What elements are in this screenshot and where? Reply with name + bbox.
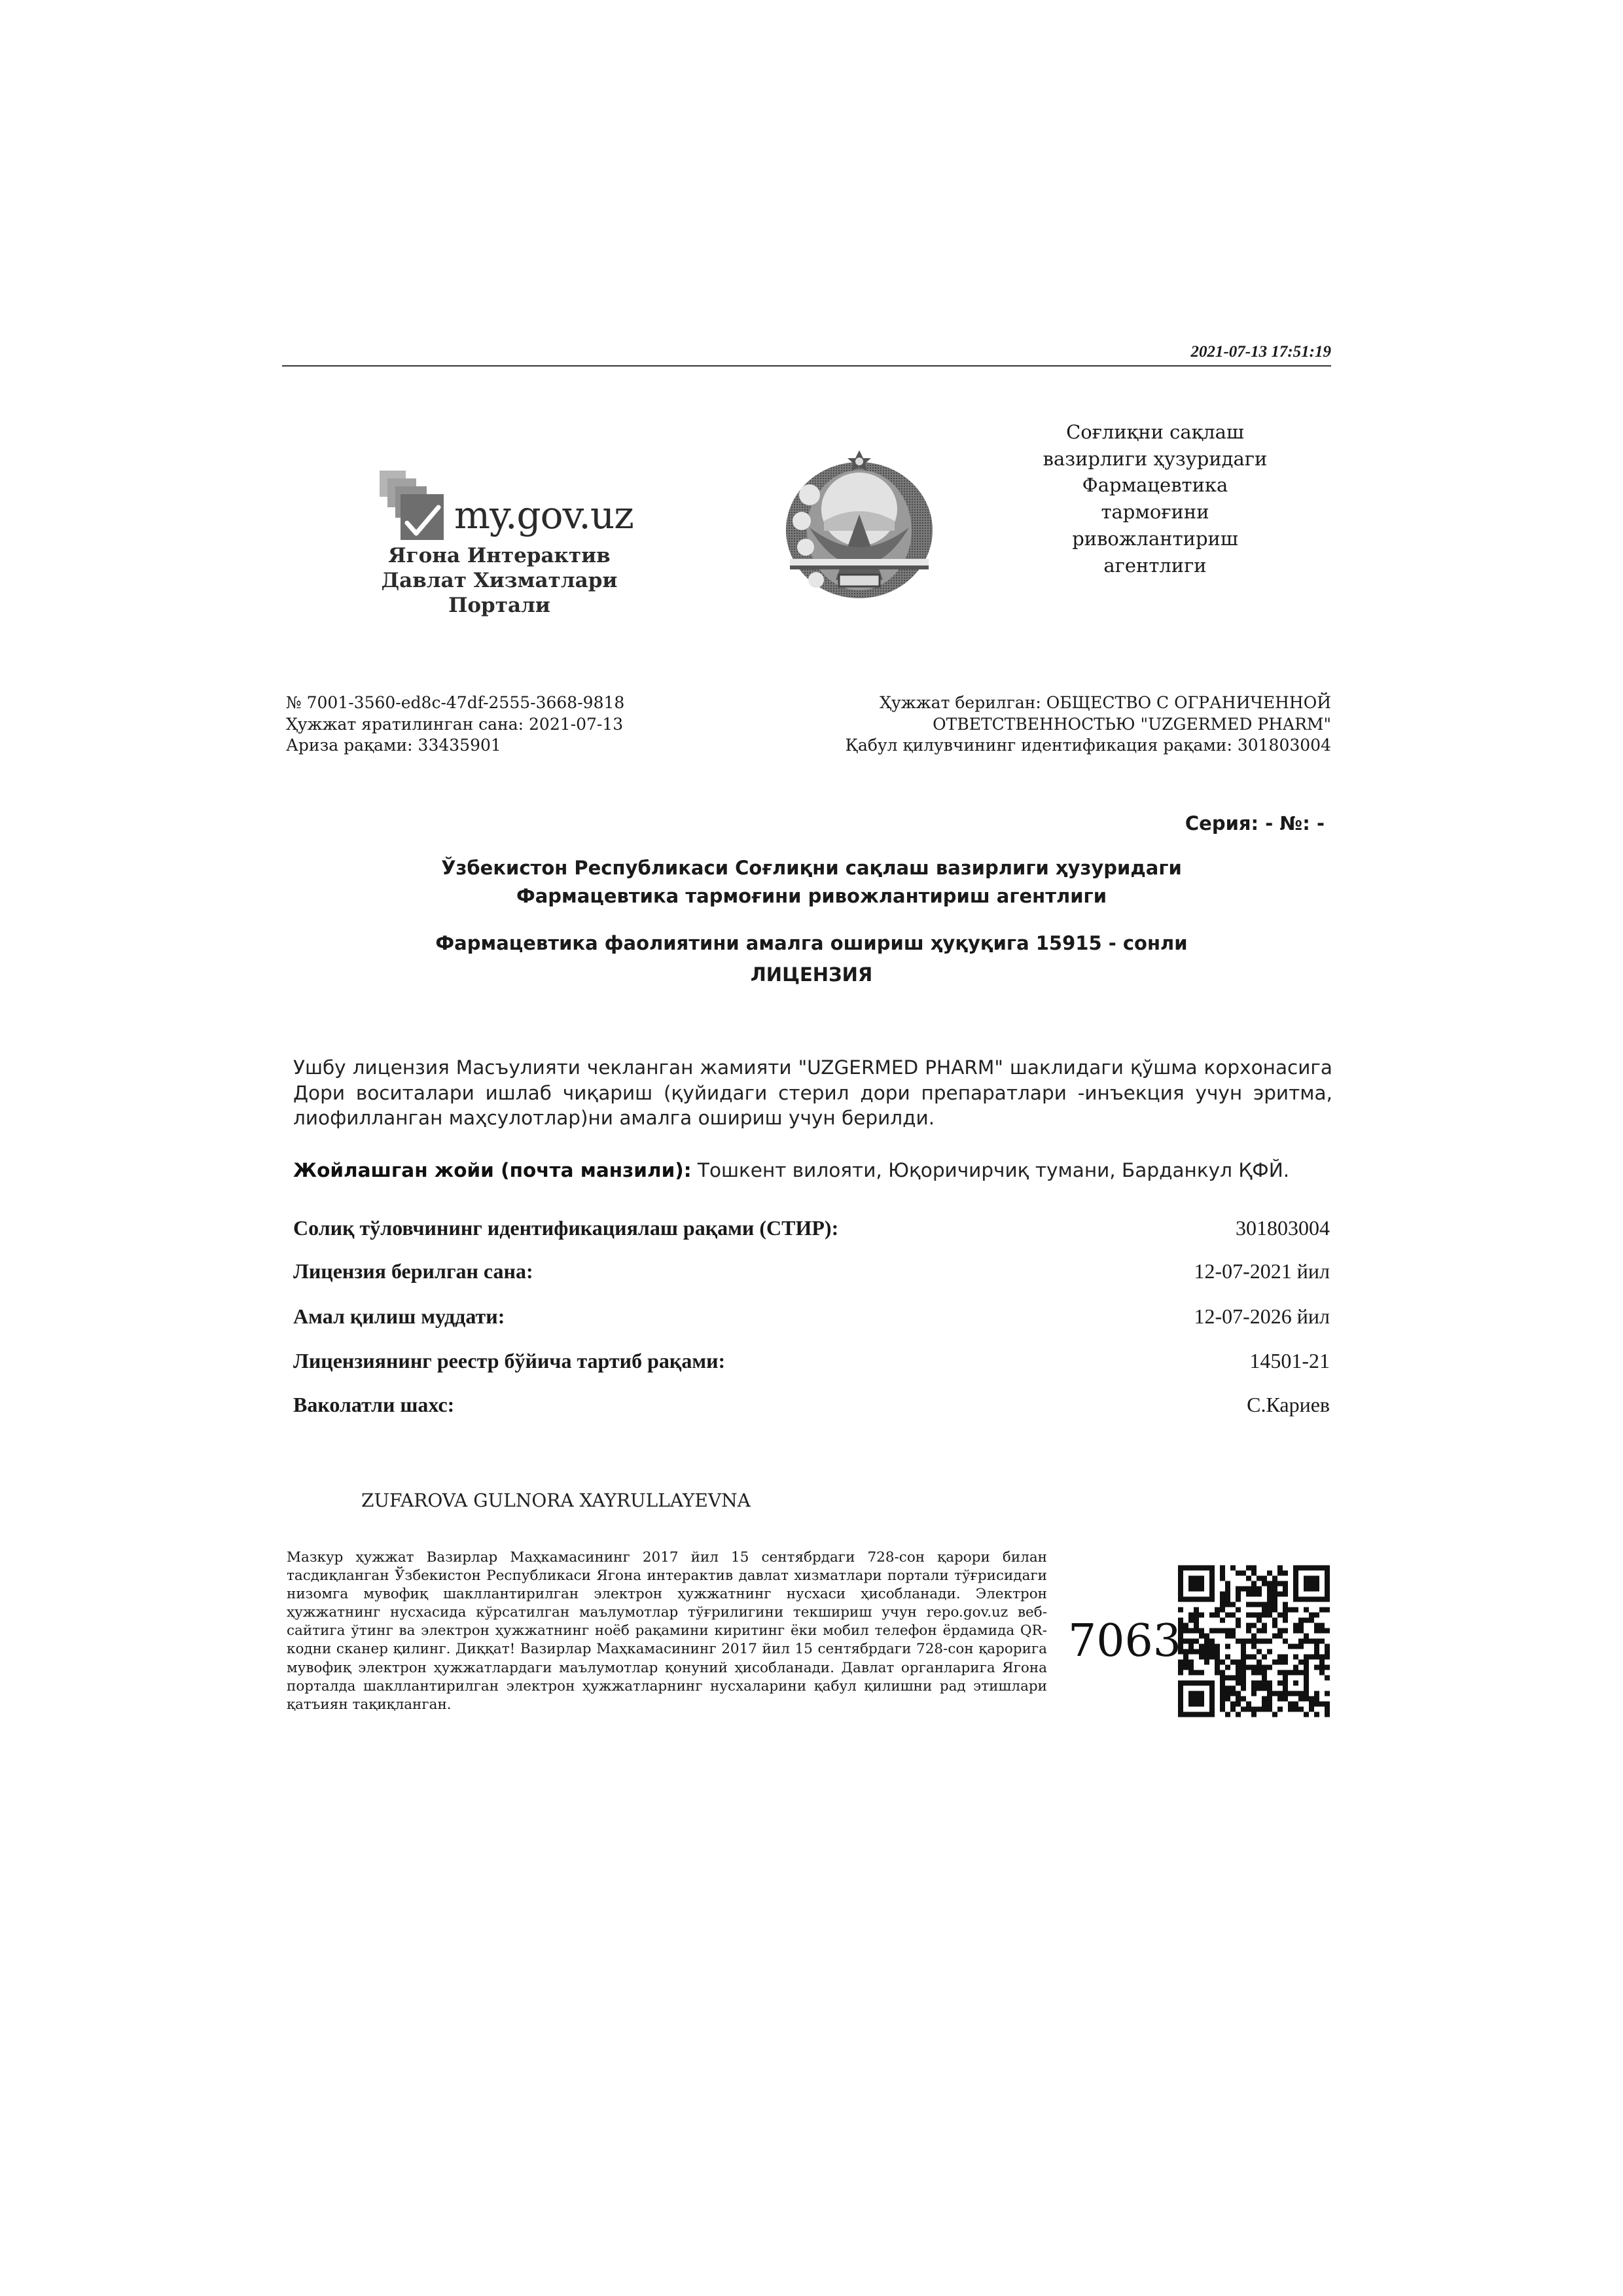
signer-name: ZUFAROVA GULNORA XAYRULLAYEVNA — [361, 1490, 751, 1512]
title-license-word: ЛИЦЕНЗИЯ — [281, 963, 1342, 986]
created-date-line: Ҳужжат яратилинган сана: 2021-07-13 — [286, 714, 624, 736]
agency-line: ривожлантириш — [1024, 526, 1286, 552]
detail-value: 12-07-2021 йил — [1194, 1258, 1330, 1284]
detail-value: 14501-21 — [1249, 1348, 1330, 1374]
series-number: Серия: - №: - — [1185, 812, 1325, 835]
checkbox-stack-icon — [380, 471, 445, 540]
agency-line: Фармацевтика — [1024, 472, 1286, 499]
detail-label: Ваколатли шахс: — [293, 1391, 454, 1418]
issued-to-line: Ҳужжат берилган: ОБЩЕСТВО С ОГРАНИЧЕННОЙ — [846, 692, 1331, 714]
application-number-line: Ариза рақами: 33435901 — [286, 735, 624, 757]
detail-label: Лицензия берилган сана: — [293, 1258, 533, 1284]
detail-row-issue-date: Лицензия берилган сана: 12-07-2021 йил — [293, 1258, 1330, 1284]
portal-subtitle-line1: Ягона Интерактив — [332, 543, 666, 568]
qr-code-icon[interactable] — [1178, 1564, 1330, 1718]
issued-to-label: Ҳужжат берилган: — [880, 693, 1041, 712]
document-number: № 7001-3560-ed8c-47df-2555-3668-9818 — [286, 692, 624, 714]
detail-label: Солиқ тўловчининг идентификациялаш рақам… — [293, 1215, 838, 1241]
portal-logo: my.gov.uz Ягона Интерактив Давлат Хизмат… — [332, 469, 666, 593]
detail-value: С.Кариев — [1247, 1391, 1330, 1418]
license-description: Ушбу лицензия Масъулияти чекланган жамия… — [293, 1055, 1332, 1131]
document-short-code: 7063 — [1068, 1617, 1181, 1666]
agency-line: агентлиги — [1024, 552, 1286, 579]
agency-name-block: Соғлиқни сақлаш вазирлиги ҳузуридаги Фар… — [1024, 419, 1286, 579]
agency-line: вазирлиги ҳузуридаги — [1024, 446, 1286, 473]
application-label: Ариза рақами: — [286, 736, 413, 755]
title-license-line: Фармацевтика фаолиятини амалга ошириш ҳу… — [281, 931, 1342, 955]
document-meta-right: Ҳужжат берилган: ОБЩЕСТВО С ОГРАНИЧЕННОЙ… — [846, 692, 1331, 757]
detail-row-tin: Солиқ тўловчининг идентификациялаш рақам… — [293, 1215, 1330, 1241]
document-timestamp: 2021-07-13 17:51:19 — [1158, 342, 1331, 363]
application-value: 33435901 — [418, 736, 501, 755]
title-issuer-line1: Ўзбекистон Республикаси Соғлиқни сақлаш … — [281, 856, 1342, 880]
issued-to-value-cont: ОТВЕТСТВЕННОСТЬЮ "UZGERMED PHARM" — [846, 714, 1331, 736]
issued-to-value: ОБЩЕСТВО С ОГРАНИЧЕННОЙ — [1046, 693, 1331, 712]
address-value: Тошкент вилояти, Юқоричирчиқ тумани, Бар… — [698, 1159, 1289, 1181]
detail-row-registry-number: Лицензиянинг реестр бўйича тартиб рақами… — [293, 1348, 1330, 1374]
portal-subtitle-line2: Давлат Хизматлари Портали — [332, 568, 666, 618]
address-label: Жойлашган жойи (почта манзили): — [293, 1159, 692, 1181]
agency-line: Соғлиқни сақлаш — [1024, 419, 1286, 446]
detail-value: 301803004 — [1236, 1215, 1330, 1241]
agency-line: тармоғини — [1024, 499, 1286, 526]
portal-brand: my.gov.uz — [454, 492, 633, 538]
created-label: Ҳужжат яратилинган сана: — [286, 715, 524, 734]
receiver-id-line: Қабул қилувчининг идентификация рақами: … — [846, 735, 1331, 757]
state-emblem-icon — [783, 449, 935, 601]
receiver-id-label: Қабул қилувчининг идентификация рақами: — [846, 736, 1232, 755]
legal-disclaimer: Мазкур ҳужжат Вазирлар Маҳкамасининг 201… — [287, 1549, 1047, 1714]
detail-label: Амал қилиш муддати: — [293, 1303, 505, 1329]
address-line: Жойлашган жойи (почта манзили): Тошкент … — [293, 1158, 1289, 1182]
detail-row-authorized-person: Ваколатли шахс: С.Кариев — [293, 1391, 1330, 1418]
header-divider — [282, 365, 1331, 367]
created-value: 2021-07-13 — [529, 715, 623, 734]
detail-label: Лицензиянинг реестр бўйича тартиб рақами… — [293, 1348, 725, 1374]
document-meta-left: № 7001-3560-ed8c-47df-2555-3668-9818 Ҳуж… — [286, 692, 624, 757]
detail-row-validity: Амал қилиш муддати: 12-07-2026 йил — [293, 1303, 1330, 1329]
receiver-id-value: 301803004 — [1238, 736, 1331, 755]
title-issuer-line2: Фармацевтика тармоғини ривожлантириш аге… — [281, 884, 1342, 908]
detail-value: 12-07-2026 йил — [1194, 1303, 1330, 1329]
